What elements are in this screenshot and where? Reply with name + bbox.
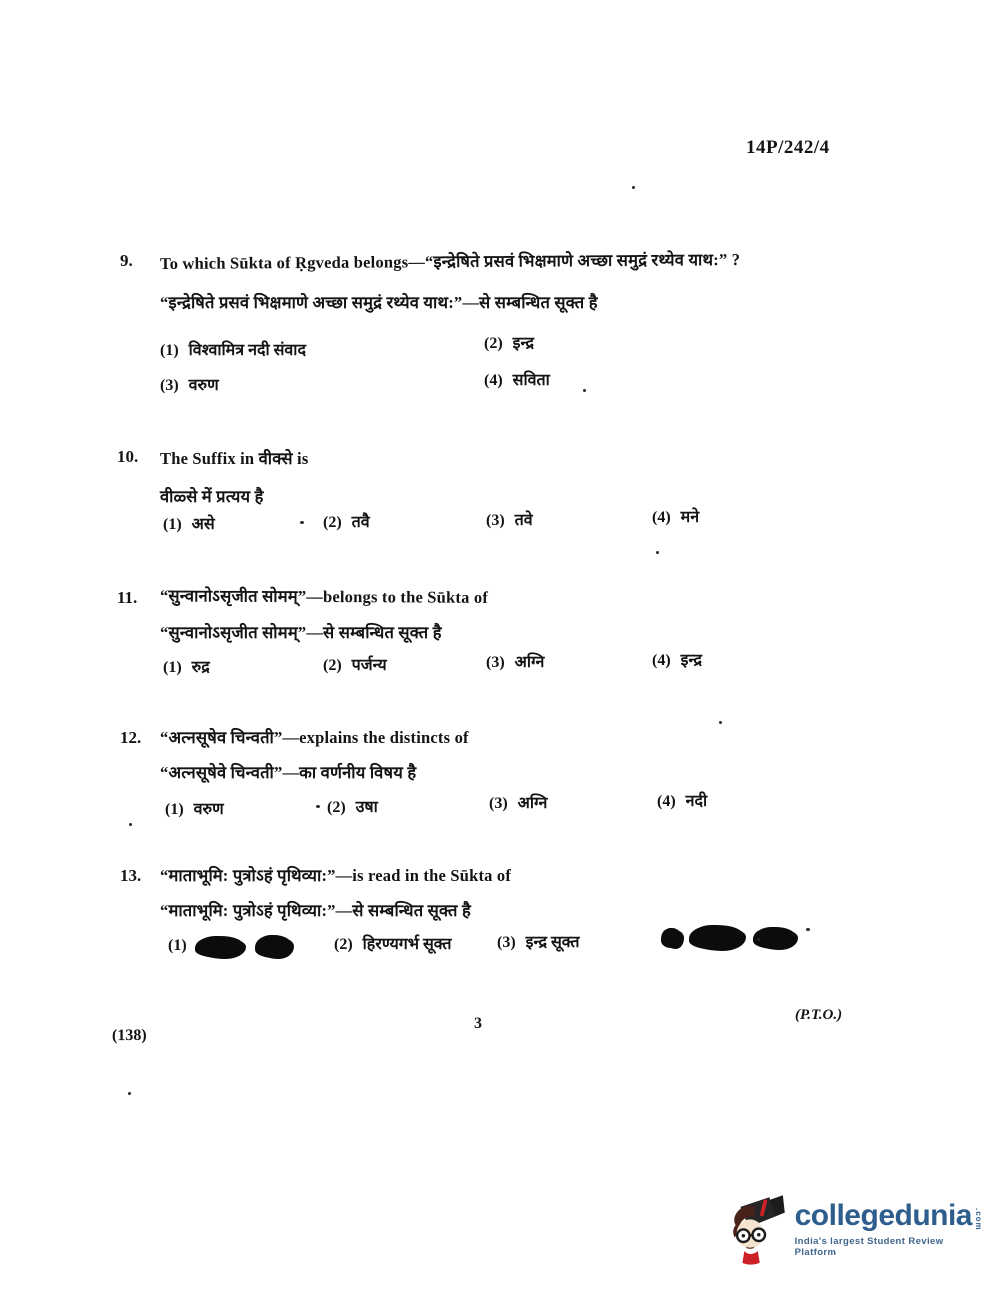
question-13-text-hi: “माताभूमि: पुत्रोऽहं पृथिव्या:”—से सम्बन…: [160, 898, 471, 921]
option-label: तवै: [352, 514, 370, 531]
question-10-text-hi: वीळ्से में प्रत्यय है: [160, 484, 264, 507]
set-number: (138): [112, 1027, 147, 1045]
question-10-option-2: (2)तवै: [323, 510, 370, 532]
scan-speck: [128, 1092, 131, 1095]
question-12-text-en: “अत्नसूषेव चिन्वती”—explains the distinc…: [160, 725, 469, 748]
question-9-option-1: (1)विश्वामित्र नदी संवाद: [160, 338, 306, 360]
question-10-number: 10.: [117, 447, 138, 467]
question-11-number: 11.: [117, 588, 137, 608]
ink-smudge: [691, 925, 743, 949]
question-11-text-hi: “सुन्वानोऽसृजीत सोमम्”—से सम्बन्धित सूक्…: [160, 620, 442, 643]
page-number: 3: [474, 1015, 482, 1033]
option-number: (2): [323, 657, 342, 674]
option-number: (2): [327, 799, 346, 816]
option-number: (1): [163, 659, 182, 676]
question-9-number: 9.: [120, 251, 133, 271]
question-9-option-3: (3)वरुण: [160, 373, 219, 395]
question-9-text-en: To which Sūkta of Ṛgveda belongs—“इन्द्र…: [160, 247, 740, 274]
option-number: (1): [168, 937, 187, 954]
pto-label: (P.T.O.): [795, 1007, 842, 1024]
question-10-text-en: The Suffix in वीक्से is: [160, 446, 308, 469]
option-number: (1): [160, 342, 179, 359]
question-10-option-1: (1)असे: [163, 512, 215, 534]
collegedunia-tagline: India's largest Student Review Platform: [795, 1236, 982, 1258]
question-9-text-hi: “इन्द्रेषिते प्रसवं भिक्षमाणे अच्छा समुद…: [160, 290, 598, 313]
question-12-option-4: (4)नदी: [657, 789, 707, 811]
option-number: (2): [323, 514, 342, 531]
question-12-option-2: (2)उषा: [327, 795, 378, 817]
option-label: रुद्र: [192, 659, 210, 676]
scan-speck: [632, 186, 635, 189]
scan-speck: [300, 521, 304, 524]
option-number: (4): [652, 652, 671, 669]
option-label: वरुण: [189, 377, 219, 394]
option-number: (3): [486, 512, 505, 529]
scan-speck: [806, 928, 810, 931]
option-label: हिरण्यगर्भ सूक्त: [363, 936, 452, 953]
option-number: (4): [484, 372, 503, 389]
option-number: (2): [484, 335, 503, 352]
option-number: (2): [334, 936, 353, 953]
scan-speck: [757, 938, 760, 941]
question-9-option-4: (4)सविता: [484, 368, 550, 390]
ink-smudge: [197, 936, 243, 957]
collegedunia-wordmark: collegedunia: [795, 1201, 972, 1231]
question-11-option-3: (3)अग्नि: [486, 650, 544, 672]
question-13-option-4: [663, 925, 795, 949]
question-13-option-2: (2)हिरण्यगर्भ सूक्त: [334, 932, 452, 954]
paper-code: 14P/242/4: [746, 137, 830, 159]
option-number: (1): [165, 801, 184, 818]
option-label: इन्द्र: [681, 652, 702, 669]
question-13-option-3: (3)इन्द्र सूक्त: [497, 930, 579, 952]
option-label: असे: [192, 516, 215, 533]
question-12-text-hi: “अत्नसूषेवे चिन्वती”—का वर्णनीय विषय है: [160, 760, 416, 783]
ink-smudge: [663, 928, 681, 947]
scan-speck: [583, 389, 586, 392]
option-number: (3): [160, 377, 179, 394]
option-label: अग्नि: [518, 795, 548, 812]
question-11-option-4: (4)इन्द्र: [652, 648, 702, 670]
scan-speck: [719, 721, 722, 724]
option-number: (1): [163, 516, 182, 533]
option-label: उषा: [356, 799, 378, 816]
option-label: अग्नि: [515, 654, 545, 671]
question-12-number: 12.: [120, 728, 141, 748]
graduate-boy-mascot-icon: [727, 1186, 789, 1272]
scan-speck: [129, 823, 132, 826]
option-label: मने: [681, 509, 699, 526]
option-label: नदी: [686, 793, 708, 810]
ink-smudge: [257, 935, 291, 957]
option-label: इन्द्र: [513, 335, 534, 352]
question-12-option-3: (3)अग्नि: [489, 791, 547, 813]
option-label: तवे: [515, 512, 533, 529]
option-number: (3): [486, 654, 505, 671]
scan-speck: [316, 805, 320, 808]
option-label: सविता: [513, 372, 550, 389]
question-13-option-1: (1): [168, 935, 291, 957]
question-13-text-en: “माताभूमि: पुत्रोऽहं पृथिव्या:”—is read …: [160, 863, 511, 886]
question-13-number: 13.: [120, 866, 141, 886]
option-label: पर्जन्य: [352, 657, 387, 674]
question-10-option-4: (4)मने: [652, 505, 699, 527]
option-number: (4): [657, 793, 676, 810]
collegedunia-tld: .com: [974, 1208, 982, 1231]
option-label: वरुण: [194, 801, 224, 818]
question-9-option-2: (2)इन्द्र: [484, 331, 534, 353]
option-label: विश्वामित्र नदी संवाद: [189, 342, 306, 359]
question-10-option-3: (3)तवे: [486, 508, 533, 530]
question-11-option-1: (1)रुद्र: [163, 655, 210, 677]
option-number: (4): [652, 509, 671, 526]
option-number: (3): [489, 795, 508, 812]
scan-speck: [656, 551, 659, 554]
question-11-option-2: (2)पर्जन्य: [323, 653, 387, 675]
question-12-option-1: (1)वरुण: [165, 797, 224, 819]
scanned-question-paper-page: 14P/242/4 9. To which Sūkta of Ṛgveda be…: [0, 0, 993, 1303]
option-label: इन्द्र सूक्त: [526, 934, 580, 951]
ink-smudge: [755, 927, 795, 948]
collegedunia-logo: collegedunia .com India's largest Studen…: [727, 1183, 982, 1275]
option-number: (3): [497, 934, 516, 951]
question-11-text-en: “सुन्वानोऽसृजीत सोमम्”—belongs to the Sū…: [160, 583, 488, 608]
